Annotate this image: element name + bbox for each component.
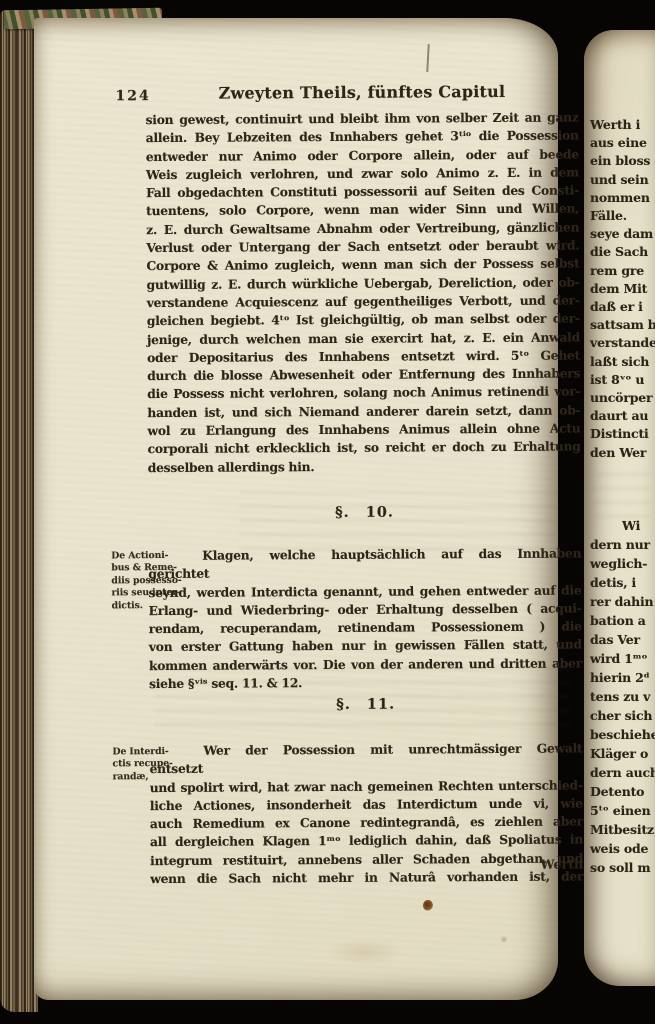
text-line: all dergleichen Klagen 1ᵐᵒ lediglich dah… [150, 831, 583, 852]
text-line: allein. Bey Lebzeiten des Innhabers gehe… [146, 127, 579, 148]
text-line: desselben allerdings hin. [148, 456, 581, 477]
running-header: Zweyten Theils, fünftes Capitul [145, 81, 578, 103]
text-line: Corpore & Animo zugleich, wenn man sich … [146, 255, 579, 276]
text-line: Klagen, welche hauptsächlich auf das Inn… [148, 544, 581, 583]
paragraph-continuation: sion gewest, continuirt und bleibt ihm v… [146, 108, 581, 477]
book-photo: Werth iaus eineein blossund seinnommenFä… [0, 0, 655, 1024]
catchword: Werth [150, 856, 583, 874]
foxing-spot [423, 900, 433, 911]
ink-show-through [240, 492, 560, 550]
text-line: die Possess nicht verlohren, solang noch… [147, 383, 580, 404]
ink-show-through [590, 468, 650, 518]
paper-stain [325, 938, 405, 966]
text-line: von erster Gattung haben nur in gewissen… [149, 636, 582, 657]
text-line: jenige, durch welchen man sie exercirt h… [147, 328, 580, 349]
text-line: gleichen begiebt. 4ᵗᵒ Ist gleichgültig, … [147, 310, 580, 331]
text-line: tuentens, solo Corpore, wenn man wider S… [146, 200, 579, 221]
foxing-spot [500, 936, 508, 943]
text-line: corporali nicht erklecklich ist, so reic… [148, 438, 581, 459]
text-line: Wer der Possession mit unrechtmässiger G… [149, 739, 582, 778]
ink-show-through [155, 660, 570, 726]
